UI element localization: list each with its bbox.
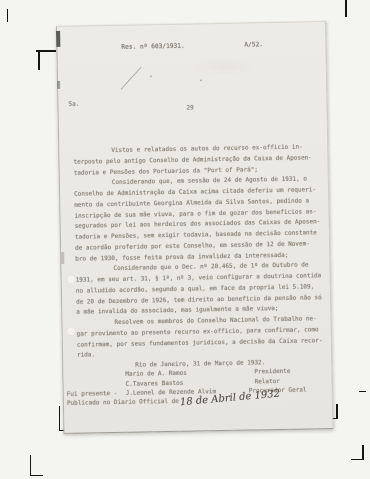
publication-label: Publicado no Diario Official de [67,398,179,407]
signatory-name: Mario de A. Ramos [125,370,187,378]
scanned-photo: Res. nº 603/1931. A/52. Sa. 29 Vistos e … [0,0,370,479]
crop-mark [351,459,364,461]
crop-mark [359,391,366,392]
document-page: Res. nº 603/1931. A/52. Sa. 29 Vistos e … [56,21,333,434]
resolution-number: Res. nº 603/1931. [121,43,184,51]
crop-mark [7,9,9,22]
crop-mark [345,0,347,17]
edge-smudge [57,81,60,89]
edge-smudge [56,31,60,47]
crop-mark [38,50,40,70]
signatory-name: C.Tavares Bastos [126,380,184,388]
document-body: Vistos e relatados os autos do recurso e… [73,142,327,372]
paper-stain [188,57,258,76]
paper-speck [150,75,152,77]
page-number: 29 [186,104,193,111]
punch-hole [67,327,76,336]
signatory-role: Presidente [254,368,290,376]
pencil-stroke [121,67,142,90]
signatory-role: Relator [254,378,279,385]
crop-mark [30,455,32,476]
crop-mark [59,406,61,431]
file-reference: A/52. [244,41,263,48]
paper-speck [200,79,202,81]
punch-hole [67,275,76,284]
edge-smudge [61,252,64,264]
presence-prefix: Fui presente - [67,390,118,398]
crop-mark [30,475,43,477]
margin-note: Sa. [68,101,79,108]
